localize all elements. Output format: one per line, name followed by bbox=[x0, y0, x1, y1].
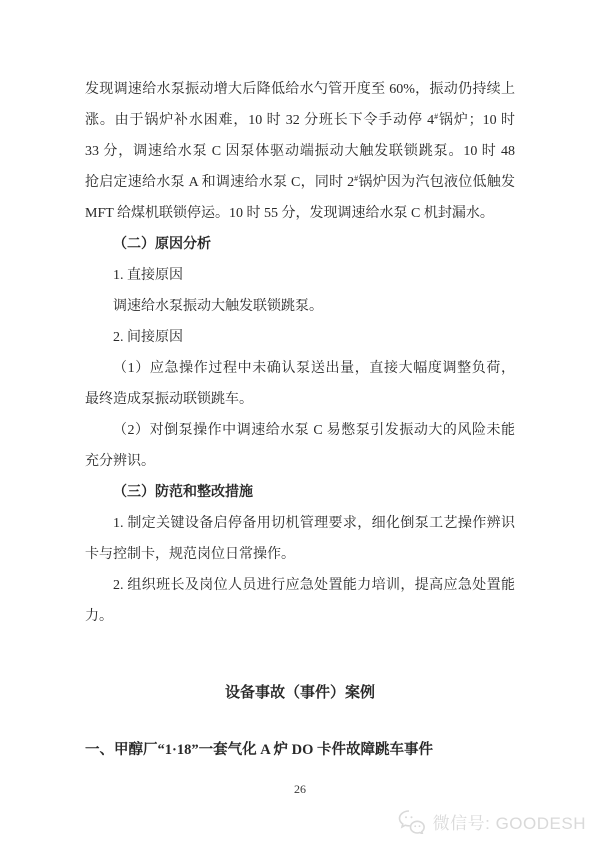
text-line: 33 分，调速给水泵 C 因泵体驱动端振动大触发联锁跳泵。10 时 48 分， bbox=[85, 136, 515, 167]
document-page: 发现调速给水泵振动增大后降低给水勺管开度至 60%，振动仍持续上涨。由于锅炉补水… bbox=[0, 0, 600, 848]
text-line: 1. 直接原因 bbox=[85, 260, 515, 291]
document-body: 发现调速给水泵振动增大后降低给水勺管开度至 60%，振动仍持续上涨。由于锅炉补水… bbox=[85, 74, 515, 766]
text-line: 抢启定速给水泵 A 和调速给水泵 C，同时 2#锅炉因为汽包液位低触发 bbox=[85, 167, 515, 198]
text-line: 涨。由于锅炉补水困难，10 时 32 分班长下令手动停 4#锅炉；10 时 bbox=[85, 105, 515, 136]
case-title: 一、甲醇厂“1·18”一套气化 A 炉 DO 卡件故障跳车事件 bbox=[85, 735, 515, 766]
wechat-watermark: 微信号: GOODESH bbox=[396, 808, 586, 834]
text-line: （1）应急操作过程中未确认泵送出量，直接大幅度调整负荷， bbox=[85, 353, 515, 384]
watermark-text: 微信号: GOODESH bbox=[433, 809, 586, 834]
text-line: 调速给水泵振动大触发联锁跳泵。 bbox=[85, 291, 515, 322]
text-line: MFT 给煤机联锁停运。10 时 55 分，发现调速给水泵 C 机封漏水。 bbox=[85, 198, 515, 229]
text-line: 1. 制定关键设备启停备用切机管理要求，细化倒泵工艺操作辨识 bbox=[85, 508, 515, 539]
page-number: 26 bbox=[0, 782, 600, 797]
text-line: （二）原因分析 bbox=[85, 229, 515, 260]
text-line: 最终造成泵振动联锁跳车。 bbox=[85, 384, 515, 415]
text-line: 力。 bbox=[85, 601, 515, 632]
section-heading: 设备事故（事件）案例 bbox=[85, 678, 515, 709]
text-line: （三）防范和整改措施 bbox=[85, 477, 515, 508]
wechat-icon bbox=[396, 808, 428, 834]
text-line: 发现调速给水泵振动增大后降低给水勺管开度至 60%，振动仍持续上 bbox=[85, 74, 515, 105]
text-line: 卡与控制卡，规范岗位日常操作。 bbox=[85, 539, 515, 570]
text-line: （2）对倒泵操作中调速给水泵 C 易憋泵引发振动大的风险未能 bbox=[85, 415, 515, 446]
text-line: 充分辨识。 bbox=[85, 446, 515, 477]
text-line: 2. 间接原因 bbox=[85, 322, 515, 353]
text-lines-container: 发现调速给水泵振动增大后降低给水勺管开度至 60%，振动仍持续上涨。由于锅炉补水… bbox=[85, 74, 515, 632]
text-line: 2. 组织班长及岗位人员进行应急处置能力培训，提高应急处置能 bbox=[85, 570, 515, 601]
